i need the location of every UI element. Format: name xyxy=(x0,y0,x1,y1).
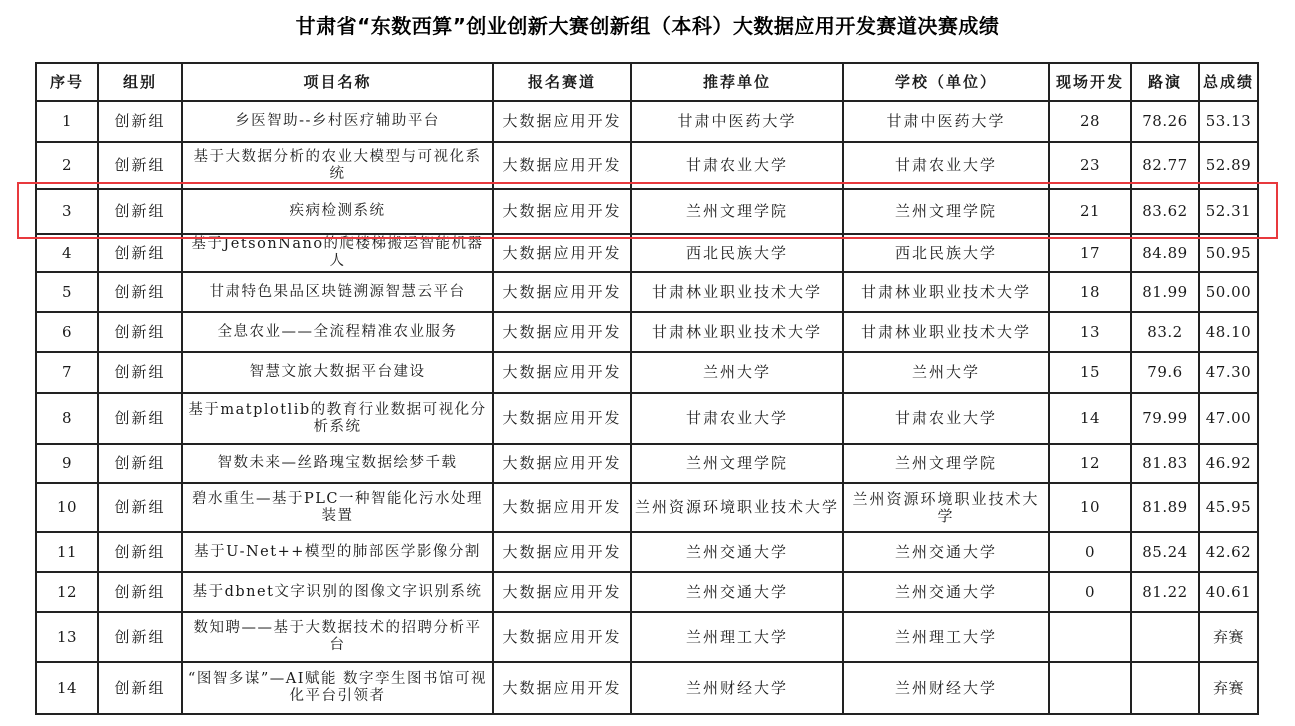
cell-school: 兰州大学 xyxy=(843,352,1049,393)
cell-roadshow: 81.22 xyxy=(1131,572,1199,612)
cell-dev xyxy=(1049,662,1131,714)
header-row: 序号 组别 项目名称 报名赛道 推荐单位 学校（单位） 现场开发 路演 总成绩 xyxy=(36,63,1258,101)
cell-dev: 21 xyxy=(1049,189,1131,234)
table-row: 9创新组智数未来—丝路瑰宝数据绘梦千载大数据应用开发兰州文理学院兰州文理学院12… xyxy=(36,444,1258,483)
cell-dev: 15 xyxy=(1049,352,1131,393)
cell-total: 47.00 xyxy=(1199,393,1258,444)
cell-group: 创新组 xyxy=(98,189,182,234)
table-row: 12创新组基于dbnet文字识别的图像文字识别系统大数据应用开发兰州交通大学兰州… xyxy=(36,572,1258,612)
cell-roadshow: 81.89 xyxy=(1131,483,1199,532)
cell-school: 西北民族大学 xyxy=(843,234,1049,272)
cell-recommender: 兰州交通大学 xyxy=(631,572,843,612)
table-row: 1创新组乡医智助--乡村医疗辅助平台大数据应用开发甘肃中医药大学甘肃中医药大学2… xyxy=(36,101,1258,142)
cell-dev xyxy=(1049,612,1131,662)
cell-roadshow: 79.99 xyxy=(1131,393,1199,444)
cell-track: 大数据应用开发 xyxy=(493,444,631,483)
cell-total: 52.89 xyxy=(1199,142,1258,189)
col-header-roadshow: 路演 xyxy=(1131,63,1199,101)
cell-group: 创新组 xyxy=(98,532,182,572)
col-header-total: 总成绩 xyxy=(1199,63,1258,101)
cell-project: 疾病检测系统 xyxy=(182,189,493,234)
cell-group: 创新组 xyxy=(98,572,182,612)
cell-project: 数知聘——基于大数据技术的招聘分析平台 xyxy=(182,612,493,662)
cell-roadshow: 79.6 xyxy=(1131,352,1199,393)
cell-track: 大数据应用开发 xyxy=(493,393,631,444)
cell-school: 兰州文理学院 xyxy=(843,444,1049,483)
table-row: 2创新组基于大数据分析的农业大模型与可视化系统大数据应用开发甘肃农业大学甘肃农业… xyxy=(36,142,1258,189)
table-row: 4创新组基于JetsonNano的爬楼梯搬运智能机器人大数据应用开发西北民族大学… xyxy=(36,234,1258,272)
cell-track: 大数据应用开发 xyxy=(493,662,631,714)
cell-school: 甘肃农业大学 xyxy=(843,393,1049,444)
results-table: 序号 组别 项目名称 报名赛道 推荐单位 学校（单位） 现场开发 路演 总成绩 … xyxy=(35,62,1259,715)
cell-roadshow: 83.62 xyxy=(1131,189,1199,234)
cell-group: 创新组 xyxy=(98,483,182,532)
cell-project: 乡医智助--乡村医疗辅助平台 xyxy=(182,101,493,142)
cell-project: 基于matplotlib的教育行业数据可视化分析系统 xyxy=(182,393,493,444)
cell-no: 11 xyxy=(36,532,98,572)
cell-group: 创新组 xyxy=(98,142,182,189)
cell-recommender: 甘肃中医药大学 xyxy=(631,101,843,142)
cell-no: 4 xyxy=(36,234,98,272)
cell-roadshow: 81.83 xyxy=(1131,444,1199,483)
cell-dev: 10 xyxy=(1049,483,1131,532)
cell-no: 9 xyxy=(36,444,98,483)
cell-project: 智慧文旅大数据平台建设 xyxy=(182,352,493,393)
cell-total: 53.13 xyxy=(1199,101,1258,142)
cell-total: 50.00 xyxy=(1199,272,1258,312)
cell-group: 创新组 xyxy=(98,393,182,444)
cell-school: 甘肃林业职业技术大学 xyxy=(843,312,1049,352)
cell-no: 6 xyxy=(36,312,98,352)
cell-total: 40.61 xyxy=(1199,572,1258,612)
cell-roadshow: 78.26 xyxy=(1131,101,1199,142)
cell-project: 基于dbnet文字识别的图像文字识别系统 xyxy=(182,572,493,612)
col-header-no: 序号 xyxy=(36,63,98,101)
cell-recommender: 甘肃农业大学 xyxy=(631,393,843,444)
col-header-school: 学校（单位） xyxy=(843,63,1049,101)
cell-group: 创新组 xyxy=(98,101,182,142)
cell-roadshow xyxy=(1131,612,1199,662)
cell-total: 42.62 xyxy=(1199,532,1258,572)
cell-school: 甘肃中医药大学 xyxy=(843,101,1049,142)
cell-roadshow: 81.99 xyxy=(1131,272,1199,312)
table-row: 8创新组基于matplotlib的教育行业数据可视化分析系统大数据应用开发甘肃农… xyxy=(36,393,1258,444)
table-row: 7创新组智慧文旅大数据平台建设大数据应用开发兰州大学兰州大学1579.647.3… xyxy=(36,352,1258,393)
cell-dev: 28 xyxy=(1049,101,1131,142)
col-header-track: 报名赛道 xyxy=(493,63,631,101)
cell-school: 兰州财经大学 xyxy=(843,662,1049,714)
cell-group: 创新组 xyxy=(98,444,182,483)
cell-group: 创新组 xyxy=(98,612,182,662)
cell-project: 基于大数据分析的农业大模型与可视化系统 xyxy=(182,142,493,189)
cell-school: 甘肃林业职业技术大学 xyxy=(843,272,1049,312)
cell-no: 5 xyxy=(36,272,98,312)
table-row: 5创新组甘肃特色果品区块链溯源智慧云平台大数据应用开发甘肃林业职业技术大学甘肃林… xyxy=(36,272,1258,312)
cell-no: 12 xyxy=(36,572,98,612)
table-row: 10创新组碧水重生—基于PLC一种智能化污水处理装置大数据应用开发兰州资源环境职… xyxy=(36,483,1258,532)
cell-recommender: 兰州文理学院 xyxy=(631,444,843,483)
cell-recommender: 兰州交通大学 xyxy=(631,532,843,572)
cell-no: 13 xyxy=(36,612,98,662)
cell-track: 大数据应用开发 xyxy=(493,612,631,662)
cell-total: 50.95 xyxy=(1199,234,1258,272)
cell-track: 大数据应用开发 xyxy=(493,352,631,393)
cell-dev: 23 xyxy=(1049,142,1131,189)
cell-dev: 0 xyxy=(1049,532,1131,572)
cell-no: 10 xyxy=(36,483,98,532)
cell-dev: 14 xyxy=(1049,393,1131,444)
document-title: 甘肃省“东数西算”创业创新大赛创新组（本科）大数据应用开发赛道决赛成绩 xyxy=(0,10,1295,39)
cell-recommender: 兰州大学 xyxy=(631,352,843,393)
cell-project: 基于U-Net++模型的肺部医学影像分割 xyxy=(182,532,493,572)
cell-roadshow: 83.2 xyxy=(1131,312,1199,352)
cell-recommender: 兰州理工大学 xyxy=(631,612,843,662)
cell-group: 创新组 xyxy=(98,352,182,393)
cell-total: 46.92 xyxy=(1199,444,1258,483)
cell-project: 基于JetsonNano的爬楼梯搬运智能机器人 xyxy=(182,234,493,272)
cell-group: 创新组 xyxy=(98,272,182,312)
cell-track: 大数据应用开发 xyxy=(493,483,631,532)
cell-total: 52.31 xyxy=(1199,189,1258,234)
col-header-project: 项目名称 xyxy=(182,63,493,101)
col-header-recommender: 推荐单位 xyxy=(631,63,843,101)
cell-recommender: 甘肃林业职业技术大学 xyxy=(631,272,843,312)
cell-no: 2 xyxy=(36,142,98,189)
cell-track: 大数据应用开发 xyxy=(493,572,631,612)
cell-project: 智数未来—丝路瑰宝数据绘梦千载 xyxy=(182,444,493,483)
cell-project: 甘肃特色果品区块链溯源智慧云平台 xyxy=(182,272,493,312)
cell-project: “图智多谋”—AI赋能 数字孪生图书馆可视 化平台引领者 xyxy=(182,662,493,714)
cell-recommender: 甘肃林业职业技术大学 xyxy=(631,312,843,352)
cell-total: 弃赛 xyxy=(1199,662,1258,714)
cell-school: 兰州文理学院 xyxy=(843,189,1049,234)
cell-no: 14 xyxy=(36,662,98,714)
cell-school: 甘肃农业大学 xyxy=(843,142,1049,189)
cell-recommender: 兰州文理学院 xyxy=(631,189,843,234)
cell-school: 兰州交通大学 xyxy=(843,572,1049,612)
cell-no: 8 xyxy=(36,393,98,444)
cell-school: 兰州交通大学 xyxy=(843,532,1049,572)
table-row: 6创新组全息农业——全流程精准农业服务大数据应用开发甘肃林业职业技术大学甘肃林业… xyxy=(36,312,1258,352)
cell-dev: 18 xyxy=(1049,272,1131,312)
cell-track: 大数据应用开发 xyxy=(493,234,631,272)
cell-total: 48.10 xyxy=(1199,312,1258,352)
cell-recommender: 兰州财经大学 xyxy=(631,662,843,714)
cell-group: 创新组 xyxy=(98,234,182,272)
cell-track: 大数据应用开发 xyxy=(493,101,631,142)
col-header-dev: 现场开发 xyxy=(1049,63,1131,101)
table-row: 11创新组基于U-Net++模型的肺部医学影像分割大数据应用开发兰州交通大学兰州… xyxy=(36,532,1258,572)
cell-school: 兰州理工大学 xyxy=(843,612,1049,662)
cell-no: 3 xyxy=(36,189,98,234)
cell-roadshow: 84.89 xyxy=(1131,234,1199,272)
table-row: 13创新组数知聘——基于大数据技术的招聘分析平台大数据应用开发兰州理工大学兰州理… xyxy=(36,612,1258,662)
cell-roadshow: 82.77 xyxy=(1131,142,1199,189)
table-body: 1创新组乡医智助--乡村医疗辅助平台大数据应用开发甘肃中医药大学甘肃中医药大学2… xyxy=(36,101,1258,714)
table-row: 14创新组“图智多谋”—AI赋能 数字孪生图书馆可视 化平台引领者大数据应用开发… xyxy=(36,662,1258,714)
cell-recommender: 甘肃农业大学 xyxy=(631,142,843,189)
col-header-group: 组别 xyxy=(98,63,182,101)
cell-total: 45.95 xyxy=(1199,483,1258,532)
cell-roadshow xyxy=(1131,662,1199,714)
cell-no: 7 xyxy=(36,352,98,393)
cell-recommender: 西北民族大学 xyxy=(631,234,843,272)
cell-no: 1 xyxy=(36,101,98,142)
cell-dev: 17 xyxy=(1049,234,1131,272)
cell-group: 创新组 xyxy=(98,662,182,714)
cell-dev: 0 xyxy=(1049,572,1131,612)
cell-total: 47.30 xyxy=(1199,352,1258,393)
cell-roadshow: 85.24 xyxy=(1131,532,1199,572)
cell-track: 大数据应用开发 xyxy=(493,532,631,572)
cell-recommender: 兰州资源环境职业技术大学 xyxy=(631,483,843,532)
cell-dev: 12 xyxy=(1049,444,1131,483)
cell-school: 兰州资源环境职业技术大学 xyxy=(843,483,1049,532)
cell-track: 大数据应用开发 xyxy=(493,142,631,189)
cell-total: 弃赛 xyxy=(1199,612,1258,662)
cell-dev: 13 xyxy=(1049,312,1131,352)
table-row: 3创新组疾病检测系统大数据应用开发兰州文理学院兰州文理学院2183.6252.3… xyxy=(36,189,1258,234)
cell-project: 全息农业——全流程精准农业服务 xyxy=(182,312,493,352)
cell-group: 创新组 xyxy=(98,312,182,352)
cell-track: 大数据应用开发 xyxy=(493,312,631,352)
cell-track: 大数据应用开发 xyxy=(493,272,631,312)
cell-track: 大数据应用开发 xyxy=(493,189,631,234)
cell-project: 碧水重生—基于PLC一种智能化污水处理装置 xyxy=(182,483,493,532)
